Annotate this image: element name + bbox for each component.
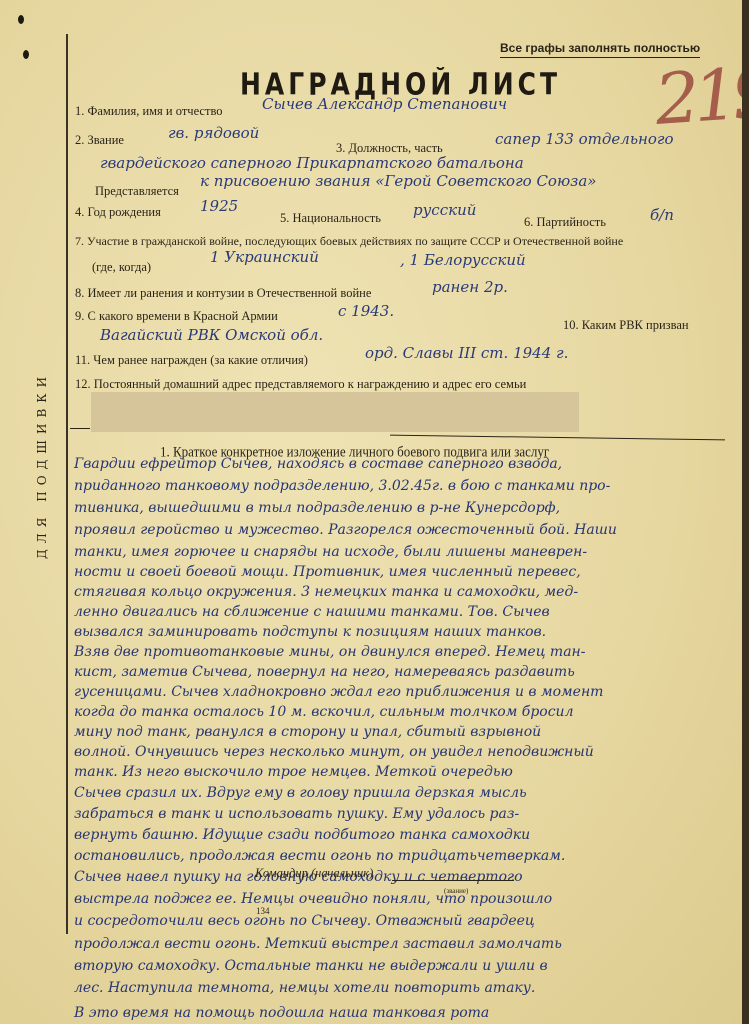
field-birth-year-value: 1925: [200, 197, 238, 215]
field-position-value-cont: гвардейского саперного Прикарпатского ба…: [100, 154, 524, 172]
feat-line: танк. Из него выскочило трое немцев. Мет…: [74, 764, 513, 780]
archive-number-stamp: 219: [652, 51, 749, 141]
commander-signature-line: [392, 880, 514, 881]
field-prior-awards-label: 11. Чем ранее награжден (за какие отличи…: [75, 353, 308, 368]
feat-line: танки, имея горючее и снаряды на исходе,…: [74, 544, 587, 560]
feat-line: выстрела поджег ее. Немцы очевидно понял…: [74, 891, 552, 907]
field-home-address-label: 12. Постоянный домашний адрес представля…: [75, 377, 526, 392]
feat-line: лес. Наступила темнота, немцы хотели пов…: [74, 980, 535, 996]
feat-line: ности и своей боевой мощи. Противник, им…: [74, 564, 581, 580]
page-number: 134: [256, 906, 270, 916]
feat-line: проявил геройство и мужество. Разгорелся…: [74, 522, 617, 538]
field-wounds-value: ранен 2р.: [432, 278, 508, 296]
field-party-label: 6. Партийность: [524, 215, 606, 230]
feat-line: Гвардии ефрейтор Сычев, находясь в соста…: [74, 456, 562, 472]
punch-hole: [23, 50, 29, 59]
scan-edge: [742, 0, 749, 1024]
field-rank-value: гв. рядовой: [168, 124, 259, 142]
feat-line: остановились, продолжая вести огонь по т…: [74, 848, 565, 864]
field-wounds-label: 8. Имеет ли ранения и контузии в Отечест…: [75, 286, 371, 301]
punch-hole: [18, 15, 24, 24]
field-participation-sublabel: (где, когда): [92, 260, 151, 275]
feat-line: забраться в танк и использовать пушку. Е…: [74, 806, 519, 822]
commander-signature-label: Командир (начальник): [255, 866, 373, 881]
field-name-value: Сычев Александр Степанович: [262, 95, 507, 113]
feat-line: Сычев сразил их. Вдруг ему в голову приш…: [74, 785, 527, 801]
field-army-since-label: 9. С какого времени в Красной Армии: [75, 309, 278, 324]
feat-line: волной. Очнувшись через несколько минут,…: [74, 744, 594, 760]
feat-line: ленно двигались на сближение с нашими та…: [74, 604, 550, 620]
feat-line: гусеницами. Сычев хладнокровно ждал его …: [74, 684, 603, 700]
divider: [70, 428, 90, 429]
feat-line: тивника, вышедшими в тыл подразделению в…: [74, 500, 560, 516]
feat-line: когда до танка осталось 10 м. вскочил, с…: [74, 704, 573, 720]
feat-line: мину под танк, рванулся в сторону и упал…: [74, 724, 541, 740]
fill-instruction: Все графы заполнять полностью: [500, 41, 700, 58]
feat-line: вернуть башню. Идущие сзади подбитого та…: [74, 827, 530, 843]
field-participation-label: 7. Участие в гражданской войне, последую…: [75, 234, 623, 249]
margin-label-text: ДЛЯ ПОДШИВКИ: [35, 371, 49, 559]
feat-line: вторую самоходку. Остальные танки не выд…: [74, 958, 548, 974]
feat-line: продолжал вести огонь. Меткий выстрел за…: [74, 936, 562, 952]
field-birth-year-label: 4. Год рождения: [75, 205, 161, 220]
field-prior-awards-value: орд. Славы III ст. 1944 г.: [365, 344, 568, 362]
feat-line: Взяв две противотанковые мины, он двинул…: [74, 644, 586, 660]
field-position-value: сапер 133 отдельного: [495, 130, 674, 148]
field-nationality-value: русский: [413, 201, 476, 219]
field-rank-label: 2. Звание: [75, 133, 124, 148]
field-presented-label: Представляется: [95, 184, 179, 199]
field-draft-office-label: 10. Каким РВК призван: [563, 318, 689, 333]
field-nationality-label: 5. Национальность: [280, 211, 381, 226]
field-party-value: б/п: [650, 206, 674, 224]
field-participation-value-1: 1 Украинский: [210, 248, 319, 266]
field-presented-value: к присвоению звания «Герой Советского Со…: [200, 172, 596, 190]
field-name-label: 1. Фамилия, имя и отчество: [75, 104, 223, 119]
feat-line: В это время на помощь подошла наша танко…: [74, 1005, 489, 1021]
feat-line: вызвался заминировать подступы к позиция…: [74, 624, 546, 640]
feat-line: кист, заметив Сычева, повернул на него, …: [74, 664, 575, 680]
redacted-address-block: [91, 392, 579, 432]
field-draft-office-value: Вагайский РВК Омской обл.: [100, 326, 323, 344]
feat-line: и сосредоточили весь огонь по Сычеву. От…: [74, 913, 535, 929]
feat-line: приданного танковому подразделению, 3.02…: [74, 478, 610, 494]
section-divider: [390, 435, 725, 441]
binding-margin-label: ДЛЯ ПОДШИВКИ: [22, 345, 62, 585]
award-sheet-page: ДЛЯ ПОДШИВКИ Все графы заполнять полност…: [0, 0, 742, 1024]
field-army-since-value: с 1943.: [338, 302, 394, 320]
feat-line: стягивая кольцо окружения. 3 немецких та…: [74, 584, 578, 600]
rank-caption: (звание): [444, 887, 468, 895]
binding-margin-line: [66, 34, 68, 934]
field-participation-value-2: , 1 Белорусский: [400, 251, 526, 269]
